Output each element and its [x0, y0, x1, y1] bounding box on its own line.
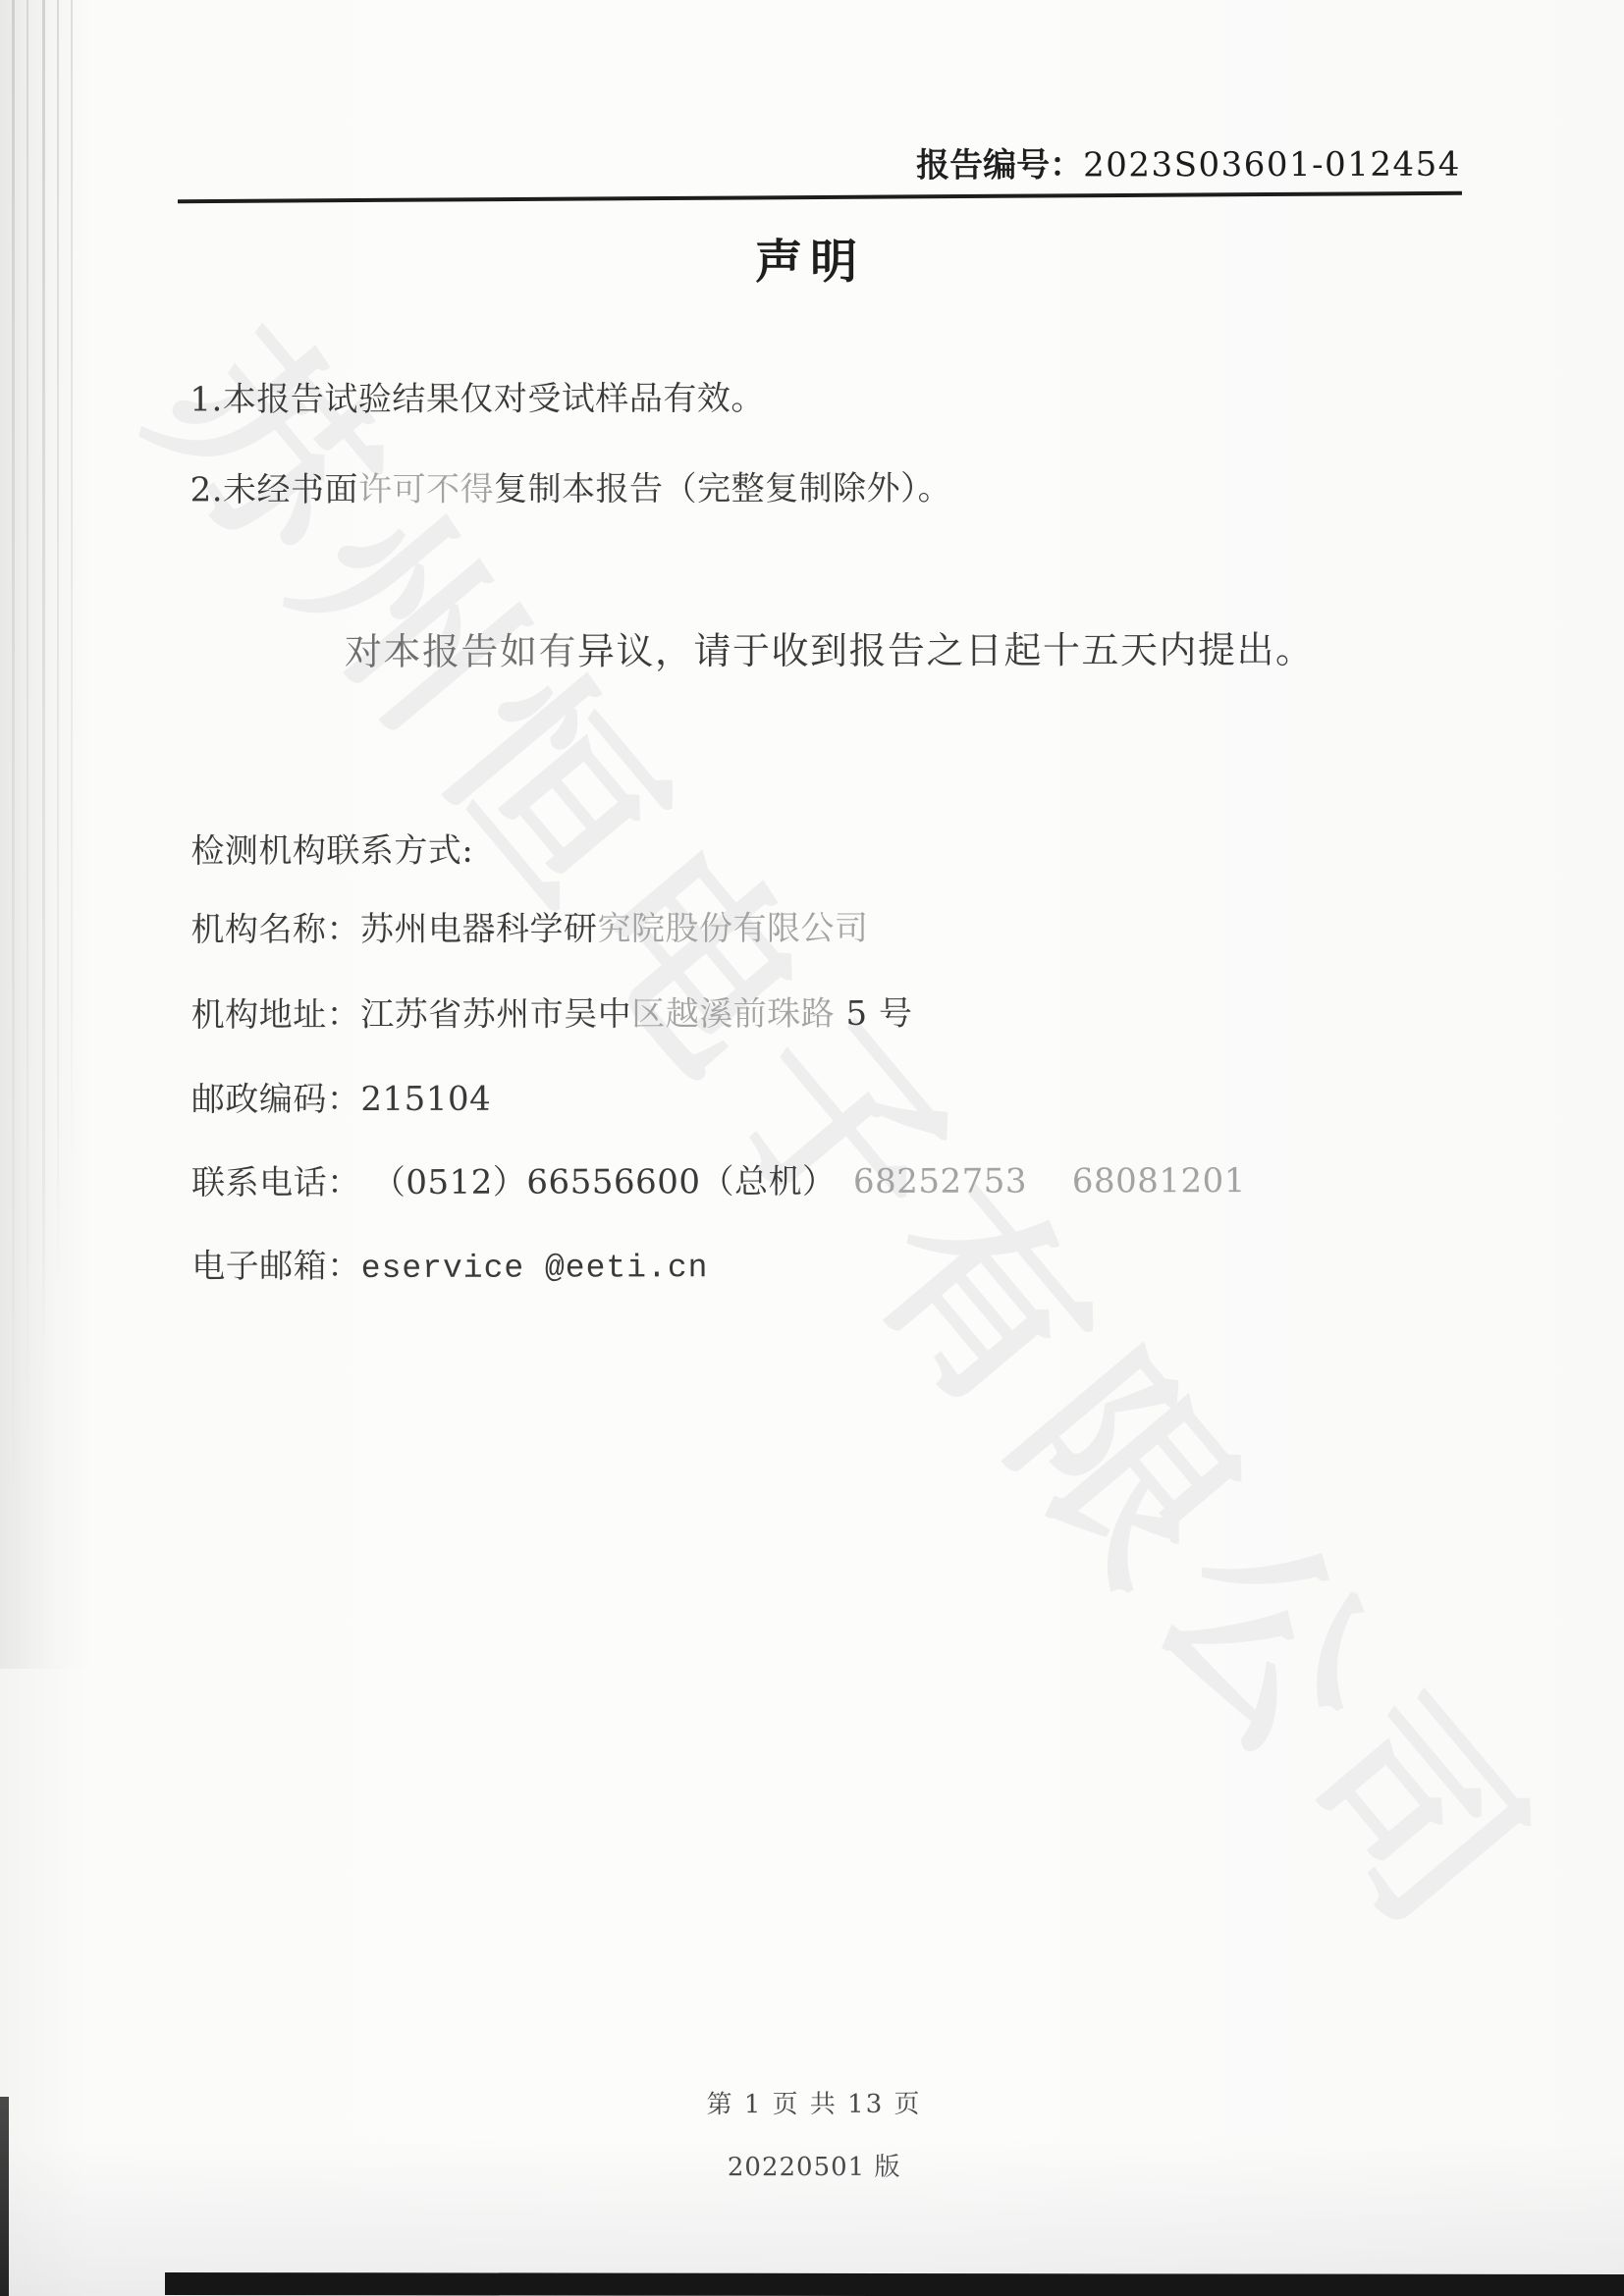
- objection-notice: 对本报告如有异议，请于收到报告之日起十五天内提出。: [345, 627, 1315, 676]
- page-number-footer: 第 1 页 共 13 页: [2, 2087, 1624, 2122]
- header-rule: [178, 191, 1462, 203]
- contact-line-org-name: 机构名称：苏州电器科学研究院股份有限公司: [190, 908, 868, 951]
- declaration-item-2-seg3: 复制本报告（完整复制除外）。: [494, 469, 951, 509]
- contact-line-org-address: 机构地址：江苏省苏州市吴中区越溪前珠路 5 号: [191, 993, 913, 1037]
- phone-seg1: 联系电话： （0512）66556600（总机）: [191, 1162, 819, 1202]
- objection-notice-seg1: 对本报告如有: [345, 629, 577, 672]
- contact-line-phone: 联系电话： （0512）66556600（总机） 68252753 680812…: [191, 1160, 1246, 1204]
- scan-binding-line: [27, 0, 28, 1453]
- report-number-line: 报告编号：2023S03601-012454: [916, 144, 1461, 187]
- declaration-item-2-seg1: 2.未经书面: [190, 470, 359, 509]
- phone-seg2: 68252753 68081201: [819, 1161, 1246, 1201]
- org-address-seg1: 机构地址：江苏省苏州市吴中: [191, 994, 632, 1035]
- org-name-seg2: 究院股份有限公司: [597, 909, 868, 949]
- postal-code-text: 邮政编码：215104: [191, 1080, 491, 1120]
- scan-binding-line: [12, 0, 15, 1512]
- report-number-label: 报告编号：: [916, 146, 1083, 184]
- report-number-value: 2023S03601-012454: [1083, 145, 1461, 186]
- scanned-report-page: 苏州恒电子有限公司 报告编号：2023S03601-012454 声明 1.本报…: [0, 0, 1624, 2296]
- contact-line-postal-code: 邮政编码：215104: [191, 1079, 491, 1121]
- scan-binding-line: [42, 0, 45, 1374]
- email-label: 电子邮箱：: [191, 1247, 361, 1286]
- declaration-item-2-seg2: 许可不得: [358, 470, 494, 509]
- scan-edge-sliver: [0, 2097, 9, 2296]
- scan-binding-line: [57, 0, 59, 1286]
- contact-line-email: 电子邮箱：eservice @eeti.cn: [191, 1245, 708, 1289]
- page-title: 声明: [0, 232, 1622, 294]
- version-footer: 20220501 版: [2, 2150, 1624, 2185]
- page-content: 报告编号：2023S03601-012454 声明 1.本报告试验结果仅对受试样…: [0, 0, 1624, 2296]
- org-name-seg1: 机构名称：苏州电器科学研: [190, 909, 597, 949]
- scan-binding-line: [71, 0, 73, 1168]
- declaration-item-1-text: 1.本报告试验结果仅对受试样品有效。: [189, 379, 765, 419]
- objection-notice-seg2: 异议，请于收到报告之日起十五天内提出。: [577, 628, 1315, 673]
- declaration-item-1: 1.本报告试验结果仅对受试样品有效。: [189, 378, 765, 421]
- org-address-seg3: 5 号: [835, 994, 912, 1034]
- email-value: eservice @eeti.cn: [361, 1250, 709, 1287]
- declaration-item-2: 2.未经书面许可不得复制本报告（完整复制除外）。: [190, 468, 952, 511]
- contact-header: 检测机构联系方式:: [190, 830, 473, 873]
- org-address-seg2: 区越溪前珠路: [631, 994, 835, 1034]
- scan-black-bar: [165, 2272, 1624, 2296]
